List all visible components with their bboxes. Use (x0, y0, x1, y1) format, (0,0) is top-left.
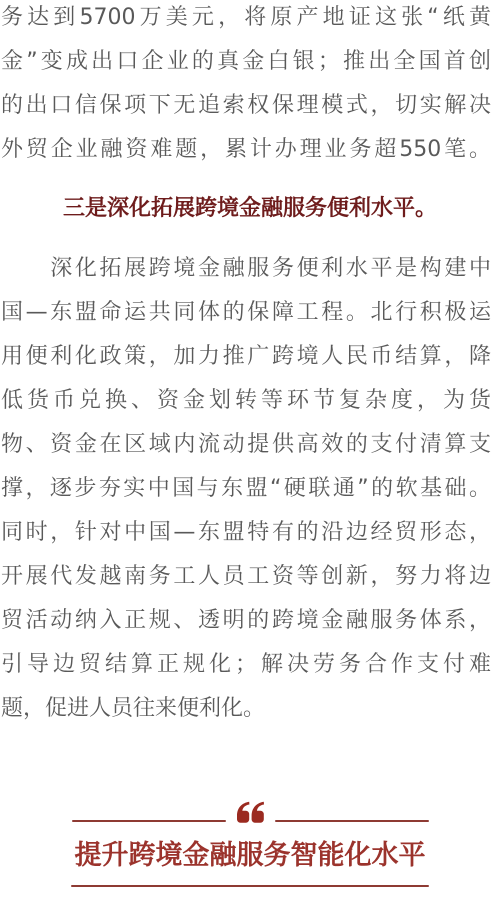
text-line: 物、资金在区域内流动提供高效的支付清算支 (1, 423, 491, 467)
paragraph: 务达到5700万美元，将原产地证这张“纸黄 金”变成出口企业的真金白银；推出全国… (0, 0, 500, 172)
paragraph: 深化拓展跨境金融服务便利水平是构建中 国—东盟命运共同体的保障工程。北行积极运 … (0, 247, 500, 731)
text-line: 用便利化政策，加力推广跨境人民币结算，降 (1, 335, 491, 379)
quote-title: 提升跨境金融服务智能化水平 (0, 842, 500, 870)
text-line: 深化拓展跨境金融服务便利水平是构建中 (1, 247, 491, 291)
text-line: 金”变成出口企业的真金白银；推出全国首创 (1, 40, 491, 84)
divider-line-right (275, 820, 429, 822)
text-line: 的出口信保项下无追索权保理模式，切实解决 (1, 84, 491, 128)
quote-divider-row (0, 801, 500, 823)
text-line: 同时，针对中国—东盟特有的沿边经贸形态， (1, 511, 491, 555)
text-line: 开展代发越南务工人员工资等创新，努力将边 (1, 555, 491, 599)
double-quote-icon (236, 801, 265, 823)
text-line: 引导边贸结算正规化；解决劳务合作支付难 (1, 643, 491, 687)
article-page: 务达到5700万美元，将原产地证这张“纸黄 金”变成出口企业的真金白银；推出全国… (0, 0, 500, 902)
divider-line-bottom (71, 885, 429, 887)
divider-line-left (72, 820, 226, 822)
text-line: 国—东盟命运共同体的保障工程。北行积极运 (1, 291, 491, 335)
text-line: 外贸企业融资难题，累计办理业务超550笔。 (1, 128, 491, 172)
text-line: 贸活动纳入正规、透明的跨境金融服务体系， (1, 599, 491, 643)
text-line: 低货币兑换、资金划转等环节复杂度，为货 (1, 379, 491, 423)
text-line: 题，促进人员往来便利化。 (1, 687, 491, 731)
quote-block: 提升跨境金融服务智能化水平 (0, 801, 500, 887)
section-heading: 三是深化拓展跨境金融服务便利水平。 (0, 187, 500, 231)
text-line: 务达到5700万美元，将原产地证这张“纸黄 (1, 0, 491, 40)
text-line: 撑，逐步夯实中国与东盟“硬联通”的软基础。 (1, 467, 491, 511)
